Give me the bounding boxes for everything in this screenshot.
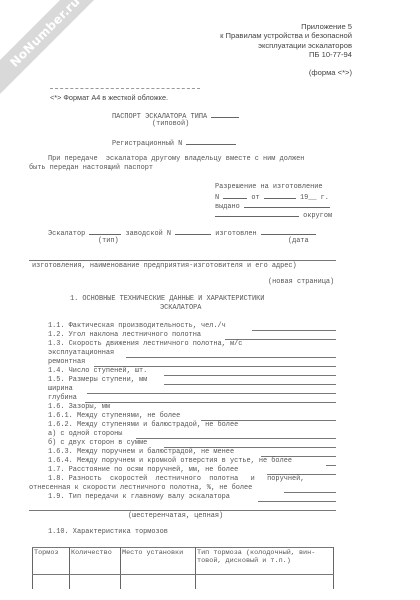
item-1-9-field[interactable] (258, 501, 336, 502)
item-1-8-field[interactable] (284, 492, 336, 493)
item-1-4: 1.4. Число ступеней, шт. (48, 367, 147, 376)
new-page-note: (новая страница) (268, 278, 334, 287)
item-1-4-field[interactable] (164, 375, 336, 376)
item-1-6-3: 1.6.3. Между поручнем и балюстрадой, не … (48, 448, 234, 457)
permit-date-field[interactable] (264, 192, 296, 199)
item-1-3a: эксплуатационная (48, 349, 114, 358)
appendix-line2: к Правилам устройства и безопасной (152, 31, 352, 40)
col-location: Место установки (121, 548, 196, 575)
item-1-8: 1.8. Разность скоростей лестничного поло… (48, 475, 304, 484)
item-1-10: 1.10. Характеристика тормозов (48, 528, 168, 537)
item-1-6-2a-field[interactable] (136, 438, 336, 439)
permit-issued-field[interactable] (244, 201, 330, 208)
item-1-6-4-field[interactable] (326, 465, 336, 466)
item-1-1: 1.1. Фактическая производительность, чел… (48, 322, 226, 331)
col-quantity: Количество (70, 548, 121, 575)
item-1-9-hint: (шестеренчатая, цепная) (128, 512, 223, 521)
permit-district-line: округом (215, 210, 332, 221)
item-1-6: 1.6. Зазоры, мм (48, 403, 110, 412)
item-1-5a-field[interactable] (87, 393, 336, 394)
registration-number-field[interactable] (186, 138, 236, 145)
table-row (33, 575, 334, 589)
type-hint: (тип) (98, 237, 119, 246)
escalator-line: Эскалатор заводской N изготовлен (48, 228, 316, 239)
item-1-3a-field[interactable] (126, 357, 336, 358)
date-hint: (дата (288, 237, 309, 246)
escalator-label: Эскалатор (48, 230, 85, 238)
item-1-7: 1.7. Расстояние по осям поручней, мм, не… (48, 466, 238, 475)
item-1-6-2: 1.6.2. Между ступенями и балюстрадой, не… (48, 421, 238, 430)
footnote: <*> Формат А4 в жесткой обложке. (50, 93, 168, 102)
cell-location[interactable] (121, 575, 196, 589)
form-note: (форма <*>) (152, 68, 352, 77)
item-1-5a: ширина (48, 385, 73, 394)
item-1-6-4: 1.6.4. Между поручнем и кромкой отверсти… (48, 457, 292, 466)
brakes-table: Тормоз Количество Место установки Тип то… (32, 547, 334, 589)
permit-district-label: округом (303, 212, 332, 220)
item-1-6-1: 1.6.1. Между ступенями, не более (48, 412, 180, 421)
appendix-line4: ПБ 10-77-94 (152, 50, 352, 59)
cell-brake-type[interactable] (196, 575, 334, 589)
type-field[interactable] (211, 111, 239, 118)
section1-title: 1. ОСНОВНЫЕ ТЕХНИЧЕСКИЕ ДАННЫЕ И ХАРАКТЕ… (70, 295, 264, 304)
permit-number-field[interactable] (223, 192, 247, 199)
factory-number-label: заводской N (126, 230, 172, 238)
passport-subtitle: (типовой) (152, 120, 189, 129)
registration-line: Регистрационный N (112, 138, 236, 149)
item-1-9-field-2[interactable] (29, 510, 336, 511)
permit-title: Разрешение на изготовление (215, 183, 323, 192)
item-1-9: 1.9. Тип передачи к главному валу эскала… (48, 493, 230, 502)
appendix-line3: эксплуатации эскалаторов (152, 41, 352, 50)
section1-title-line2: ЭСКАЛАТОРА (160, 304, 201, 313)
cell-quantity[interactable] (70, 575, 121, 589)
made-label: изготовлен (215, 230, 256, 238)
transfer-line2: быть передан настоящий паспорт (29, 164, 153, 173)
item-1-6-2a: а) с одной стороны (48, 430, 122, 439)
item-1-1-field[interactable] (252, 330, 336, 331)
transfer-line1: При передаче эскалатора другому владельц… (48, 155, 304, 164)
item-1-6-2b: б) с двух сторон в сумме (48, 439, 147, 448)
permit-district-field[interactable] (215, 210, 299, 217)
escalator-type-field[interactable] (89, 228, 121, 235)
brakes-table-header: Тормоз Количество Место установки Тип то… (33, 548, 334, 575)
item-1-5b-field[interactable] (85, 402, 336, 403)
col-brake: Тормоз (33, 548, 70, 575)
item-1-5b: глубина (48, 394, 77, 403)
item-1-5-field[interactable] (164, 384, 336, 385)
manufacturer-field[interactable] (29, 260, 336, 261)
appendix-header: Приложение 5 к Правилам устройства и без… (152, 22, 352, 77)
appendix-line1: Приложение 5 (152, 22, 352, 31)
item-1-2: 1.2. Угол наклона лестничного полотна (48, 331, 201, 340)
item-1-5: 1.5. Размеры ступени, мм (48, 376, 147, 385)
col-brake-type: Тип тормоза (колодочный, вин- товой, дис… (196, 548, 334, 575)
registration-label: Регистрационный N (112, 140, 182, 148)
watermark: NoNumber.ru (0, 0, 114, 101)
manufacture-field[interactable] (261, 228, 316, 235)
item-1-8-line2: отнесенная к скорости лестничного полотн… (29, 484, 252, 493)
item-1-3b: ремонтная (48, 358, 85, 367)
factory-number-field[interactable] (175, 228, 211, 235)
cell-brake[interactable] (33, 575, 70, 589)
item-1-3: 1.3. Скорость движения лестничного полот… (48, 340, 242, 349)
manufacturer-hint: изготовления, наименование предприятия-и… (32, 262, 297, 271)
footnote-divider (50, 88, 200, 89)
